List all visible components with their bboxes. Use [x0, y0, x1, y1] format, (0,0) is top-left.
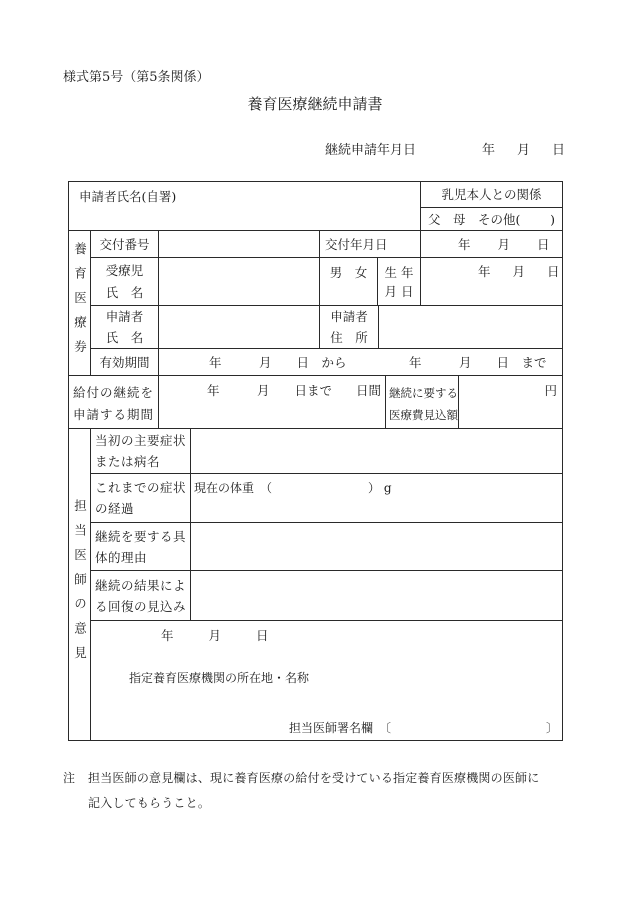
continuation-period-value: 年 月 日まで [207, 383, 332, 398]
progress-label-cell: これまでの症状 の経過 [90, 473, 191, 523]
validity-value-cell: 年 月 日 から 年 月 日 まで [158, 348, 563, 376]
reason-label-cell: 継続を要する具 体的理由 [90, 522, 191, 571]
voucher-side-label-cell: 養育医療券 [68, 230, 91, 376]
child-name-label-cell: 受療児 氏 名 [90, 257, 159, 306]
progress-label-1: これまでの症状 [95, 477, 190, 498]
application-date-label: 継続申請年月日 [325, 143, 416, 158]
relation-header-cell: 乳児本人との関係 [420, 181, 563, 208]
relation-options-close: ) [550, 212, 555, 227]
footnote-line-2: 記入してもらうこと。 [88, 791, 539, 816]
voucher-side-label: 養育医療券 [70, 242, 90, 365]
prospect-label-cell: 継続の結果によ る回復の見込み [90, 570, 191, 621]
applicant-address-input-cell [378, 305, 563, 349]
initial-symptoms-label-2: または病名 [95, 451, 190, 472]
cost-label-2: 医療費見込額 [389, 404, 458, 426]
sex-options-cell: 男 女 [319, 257, 378, 306]
opinion-footer-cell: 年月日 指定養育医療機関の所在地・名称 担当医師署名欄 〔 〕 [90, 620, 563, 741]
applicant-name-label-1: 申請者 [106, 306, 144, 327]
issue-date-label-cell: 交付年月日 [319, 230, 421, 258]
form-number: 様式第5号（第5条関係） [63, 66, 210, 85]
doctor-side-label-cell: 担当医師の意見 [68, 428, 91, 741]
institution-label: 指定養育医療機関の所在地・名称 [129, 671, 309, 686]
cost-value-cell: 円 [458, 375, 563, 429]
doctor-signature-label: 担当医師署名欄 〔 [289, 721, 391, 736]
child-name-label-1: 受療児 [106, 260, 144, 282]
form-page: 様式第5号（第5条関係） 養育医療継続申請書 継続申請年月日 年月日 申請者氏名… [0, 0, 630, 903]
reason-label-1: 継続を要する具 [95, 526, 190, 547]
reason-input-cell [190, 522, 563, 571]
applicant-name-label-cell: 申請者 氏 名 [90, 305, 159, 349]
opinion-date-ymd: 年月日 [161, 628, 304, 643]
applicant-address-label-1: 申請者 [330, 306, 368, 327]
footnote-mark: 注 [63, 766, 75, 816]
relation-options: 父 母 その他( [428, 212, 520, 227]
reason-label-2: 体的理由 [95, 547, 190, 568]
relation-options-cell: 父 母 その他( ) [420, 207, 563, 231]
application-date-ymd: 年月日 [482, 139, 587, 158]
cost-label-1: 継続に要する [389, 382, 458, 404]
validity-label-cell: 有効期間 [90, 348, 159, 376]
prospect-label-1: 継続の結果によ [95, 575, 190, 596]
form-table: 申請者氏名(自署) 乳児本人との関係 父 母 その他( ) 養育医療券 交付番号… [68, 181, 563, 741]
validity-from: 年 月 日 から [209, 355, 347, 370]
footnote-line-1: 担当医師の意見欄は、現に養育医療の給付を受けている指定養育医療機関の医師に [88, 766, 539, 791]
application-date-row: 継続申請年月日 年月日 [325, 139, 565, 155]
continuation-period-days: 日間 [356, 383, 381, 398]
continuation-period-label-cell: 給付の継続を 申請する期間 [68, 375, 159, 429]
continuation-period-label-1: 給付の継続を [73, 382, 155, 404]
birthdate-label-cell: 生 年 月 日 [377, 257, 421, 306]
birthdate-label-1: 生 年 [378, 263, 420, 282]
issue-date-value-cell: 年月日 [420, 230, 563, 258]
initial-symptoms-label-cell: 当初の主要症状 または病名 [90, 428, 191, 474]
prospect-label-2: る回復の見込み [95, 596, 190, 617]
issue-number-label-cell: 交付番号 [90, 230, 159, 258]
applicant-name-input-cell [158, 305, 320, 349]
child-name-label-2: 氏 名 [106, 282, 144, 304]
cost-unit: 円 [544, 383, 557, 398]
footnote-text: 担当医師の意見欄は、現に養育医療の給付を受けている指定養育医療機関の医師に 記入… [88, 766, 539, 816]
initial-symptoms-label-1: 当初の主要症状 [95, 430, 190, 451]
current-weight-cell: 現在の体重 （ ） g [190, 473, 563, 523]
birthdate-value-cell: 年月日 [420, 257, 563, 306]
doctor-side-label: 担当医師の意見 [70, 499, 90, 671]
initial-symptoms-input-cell [190, 428, 563, 474]
applicant-name-label-2: 氏 名 [106, 327, 144, 348]
page-title: 養育医療継続申請書 [0, 93, 630, 114]
birthdate-ymd: 年月日 [478, 264, 563, 279]
continuation-period-label-2: 申請する期間 [73, 404, 155, 426]
progress-label-2: の経過 [95, 498, 190, 519]
continuation-period-value-cell: 年 月 日まで 日間 [158, 375, 386, 429]
applicant-name-cell: 申請者氏名(自署) [68, 181, 421, 231]
birthdate-label-2: 月 日 [378, 282, 420, 301]
issue-date-ymd: 年月日 [458, 237, 563, 252]
applicant-address-label-2: 住 所 [330, 327, 368, 348]
footnote: 注 担当医師の意見欄は、現に養育医療の給付を受けている指定養育医療機関の医師に … [63, 766, 573, 816]
prospect-input-cell [190, 570, 563, 621]
doctor-signature-close: 〕 [546, 721, 558, 736]
validity-to: 年 月 日 まで [409, 355, 547, 370]
issue-number-input-cell [158, 230, 320, 258]
applicant-address-label-cell: 申請者 住 所 [319, 305, 379, 349]
cost-label-cell: 継続に要する 医療費見込額 [385, 375, 459, 429]
child-name-input-cell [158, 257, 320, 306]
